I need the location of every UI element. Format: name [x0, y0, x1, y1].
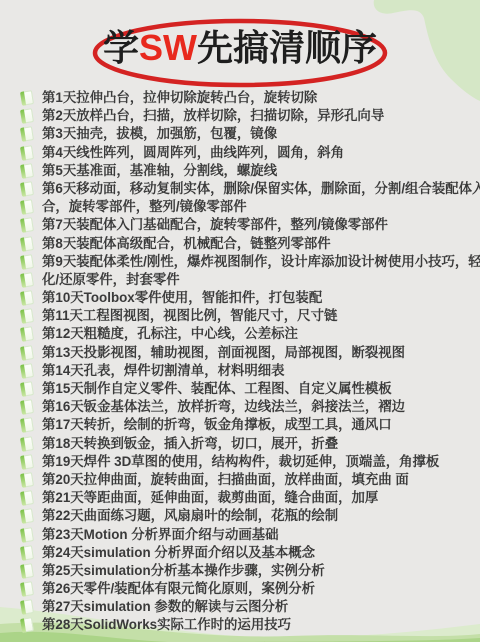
notepad-icon [20, 127, 34, 143]
list-item-line: 第8天装配体高级配合，机械配合，链整列零部件 [21, 236, 480, 254]
list-item-text: 第6天移动面，移动复制实体，删除/保留实体，删除面，分割/组合装配体入门基础配 [42, 181, 480, 197]
notepad-icon [20, 508, 34, 524]
notepad-icon [20, 490, 34, 506]
list-item-text: 第23天Motion 分析界面介绍与动画基础 [42, 527, 279, 543]
notepad-icon [20, 290, 34, 306]
list-item-text: 第4天线性阵列，圆周阵列，曲线阵列，圆角，斜角 [42, 145, 344, 161]
notepad-icon [20, 327, 34, 343]
list-item-line: 第10天Toolbox零件使用，智能扣件，打包装配 [21, 290, 480, 308]
notepad-icon [20, 527, 34, 543]
list-item-line: 第23天Motion 分析界面介绍与动画基础 [21, 527, 480, 545]
notepad-icon [20, 272, 34, 288]
list-item-line: 第14天孔表，焊件切割清单，材料明细表 [21, 363, 480, 381]
notepad-icon [20, 472, 34, 488]
list-item-text: 第10天Toolbox零件使用，智能扣件，打包装配 [42, 290, 322, 306]
list-item-line: 第7天装配体入门基础配合，旋转零部件，整列/镜像零部件 [21, 217, 480, 235]
list-item-text: 第19天焊件 3D草图的使用，结构构件，裁切延伸，顶端盖，角撑板 [42, 454, 439, 470]
list-item-text: 第20天拉伸曲面，旋转曲面，扫描曲面，放样曲面，填充曲 面 [42, 472, 409, 488]
list-item-text: 第16天钣金基体法兰，放样折弯，边线法兰，斜接法兰，褶边 [42, 399, 405, 415]
list-item-line: 第5天基准面，基准轴，分割线，螺旋线 [21, 163, 480, 181]
list-item-text: 第9天装配体柔性/刚性，爆炸视图制作，设计库添加设计树使用小技巧，轻 [42, 254, 480, 270]
list-item-line: 第16天钣金基体法兰，放样折弯，边线法兰，斜接法兰，褶边 [21, 399, 480, 417]
list-item-line: 第22天曲面练习题，风扇扇叶的绘制，花瓶的绘制 [21, 508, 480, 526]
notepad-icon [20, 418, 34, 434]
list-item-line: 第6天移动面，移动复制实体，删除/保留实体，删除面，分割/组合装配体入门基础配 [21, 181, 480, 199]
notepad-icon [20, 345, 34, 361]
course-schedule-list: 第1天拉伸凸台，拉伸切除旋转凸台，旋转切除 第2天放样凸台，扫描，放样切除，扫描… [21, 90, 480, 636]
notepad-icon [20, 108, 34, 124]
notepad-icon [20, 145, 34, 161]
list-item-line: 第3天抽壳，拔模，加强筋，包覆，镜像 [21, 126, 480, 144]
list-item-line: 第11天工程图视图，视图比例，智能尺寸，尺寸链 [21, 308, 480, 326]
list-item-line: 第13天投影视图，辅助视图，剖面视图，局部视图，断裂视图 [21, 345, 480, 363]
list-item-line: 第19天焊件 3D草图的使用，结构构件，裁切延伸，顶端盖，角撑板 [21, 454, 480, 472]
notepad-icon [20, 618, 34, 634]
notepad-icon [20, 436, 34, 452]
page-title: 学SW先搞清顺序 [0, 8, 480, 82]
notepad-icon [20, 363, 34, 379]
list-item-line: 第25天simulation分析基本操作步骤，实例分析 [21, 563, 480, 581]
list-item-line: 第17天转折，绘制的折弯，钣金角撑板，成型工具，通风口 [21, 417, 480, 435]
notepad-icon [20, 236, 34, 252]
title-suffix: 先搞清顺序 [197, 27, 377, 68]
list-item-text: 第27天simulation 参数的解读与云图分析 [42, 599, 288, 615]
list-item-line: 第4天线性阵列，圆周阵列，曲线阵列，圆角，斜角 [21, 145, 480, 163]
list-item-text: 合，旋转零部件，整列/镜像零部件 [42, 199, 247, 215]
notepad-icon [20, 454, 34, 470]
list-item-line: 第28天SolidWorks实际工作时的运用技巧 [21, 617, 480, 635]
title-prefix: 学 [103, 27, 139, 68]
list-item-text: 第1天拉伸凸台，拉伸切除旋转凸台，旋转切除 [42, 90, 317, 106]
list-item-text: 第5天基准面，基准轴，分割线，螺旋线 [42, 163, 277, 179]
list-item-line: 第24天simulation 分析界面介绍以及基本概念 [21, 545, 480, 563]
notepad-icon [20, 308, 34, 324]
notepad-icon [20, 581, 34, 597]
list-item-line: 第9天装配体柔性/刚性，爆炸视图制作，设计库添加设计树使用小技巧，轻 [21, 254, 480, 272]
list-item-line: 第15天制作自定义零件、装配体、工程图、自定义属性模板 [21, 381, 480, 399]
notepad-icon [20, 599, 34, 615]
list-item-line: 第27天simulation 参数的解读与云图分析 [21, 599, 480, 617]
notepad-icon [20, 199, 34, 215]
list-item-line: 第21天等距曲面，延伸曲面，裁剪曲面，缝合曲面，加厚 [21, 490, 480, 508]
list-item-line: 合，旋转零部件，整列/镜像零部件 [21, 199, 480, 217]
notepad-icon [20, 181, 34, 197]
list-item-line: 第1天拉伸凸台，拉伸切除旋转凸台，旋转切除 [21, 90, 480, 108]
list-item-text: 第26天零件/装配体有限元简化原则，案例分析 [42, 581, 315, 597]
list-item-text: 第18天转换到钣金，插入折弯，切口，展开，折叠 [42, 436, 338, 452]
notepad-icon [20, 217, 34, 233]
list-item-text: 第7天装配体入门基础配合，旋转零部件，整列/镜像零部件 [42, 217, 388, 233]
notepad-icon [20, 254, 34, 270]
title-text: 学SW先搞清顺序 [103, 20, 377, 71]
list-item-text: 第21天等距曲面，延伸曲面，裁剪曲面，缝合曲面，加厚 [42, 490, 378, 506]
list-item-text: 第12天粗糙度，孔标注，中心线，公差标注 [42, 326, 298, 342]
list-item-line: 化/还原零件，封套零件 [21, 272, 480, 290]
list-item-text: 第3天抽壳，拔模，加强筋，包覆，镜像 [42, 126, 277, 142]
list-item-line: 第20天拉伸曲面，旋转曲面，扫描曲面，放样曲面，填充曲 面 [21, 472, 480, 490]
list-item-text: 第22天曲面练习题，风扇扇叶的绘制，花瓶的绘制 [42, 508, 338, 524]
list-item-line: 第12天粗糙度，孔标注，中心线，公差标注 [21, 326, 480, 344]
notepad-icon [20, 381, 34, 397]
notepad-icon [20, 399, 34, 415]
course-order-poster: 学SW先搞清顺序 第1天拉伸凸台，拉伸切除旋转凸台，旋转切除 第2天放样凸台，扫… [0, 0, 480, 642]
list-item-line: 第2天放样凸台，扫描，放样切除，扫描切除，异形孔向导 [21, 108, 480, 126]
list-item-text: 第24天simulation 分析界面介绍以及基本概念 [42, 545, 315, 561]
notepad-icon [20, 545, 34, 561]
list-item-text: 第11天工程图视图，视图比例，智能尺寸，尺寸链 [42, 308, 337, 324]
notepad-icon [20, 163, 34, 179]
notepad-icon [20, 563, 34, 579]
list-item-line: 第26天零件/装配体有限元简化原则，案例分析 [21, 581, 480, 599]
list-item-text: 第17天转折，绘制的折弯，钣金角撑板，成型工具，通风口 [42, 417, 392, 433]
list-item-text: 第25天simulation分析基本操作步骤，实例分析 [42, 563, 325, 579]
list-item-text: 第14天孔表，焊件切割清单，材料明细表 [42, 363, 285, 379]
title-highlight: SW [139, 27, 197, 68]
list-item-line: 第18天转换到钣金，插入折弯，切口，展开，折叠 [21, 436, 480, 454]
list-item-text: 化/还原零件，封套零件 [42, 272, 180, 288]
list-item-text: 第2天放样凸台，扫描，放样切除，扫描切除，异形孔向导 [42, 108, 384, 124]
list-item-text: 第13天投影视图，辅助视图，剖面视图，局部视图，断裂视图 [42, 345, 405, 361]
notepad-icon [20, 90, 34, 106]
list-item-text: 第15天制作自定义零件、装配体、工程图、自定义属性模板 [42, 381, 392, 397]
list-item-text: 第28天SolidWorks实际工作时的运用技巧 [42, 617, 291, 633]
list-item-text: 第8天装配体高级配合，机械配合，链整列零部件 [42, 236, 331, 252]
